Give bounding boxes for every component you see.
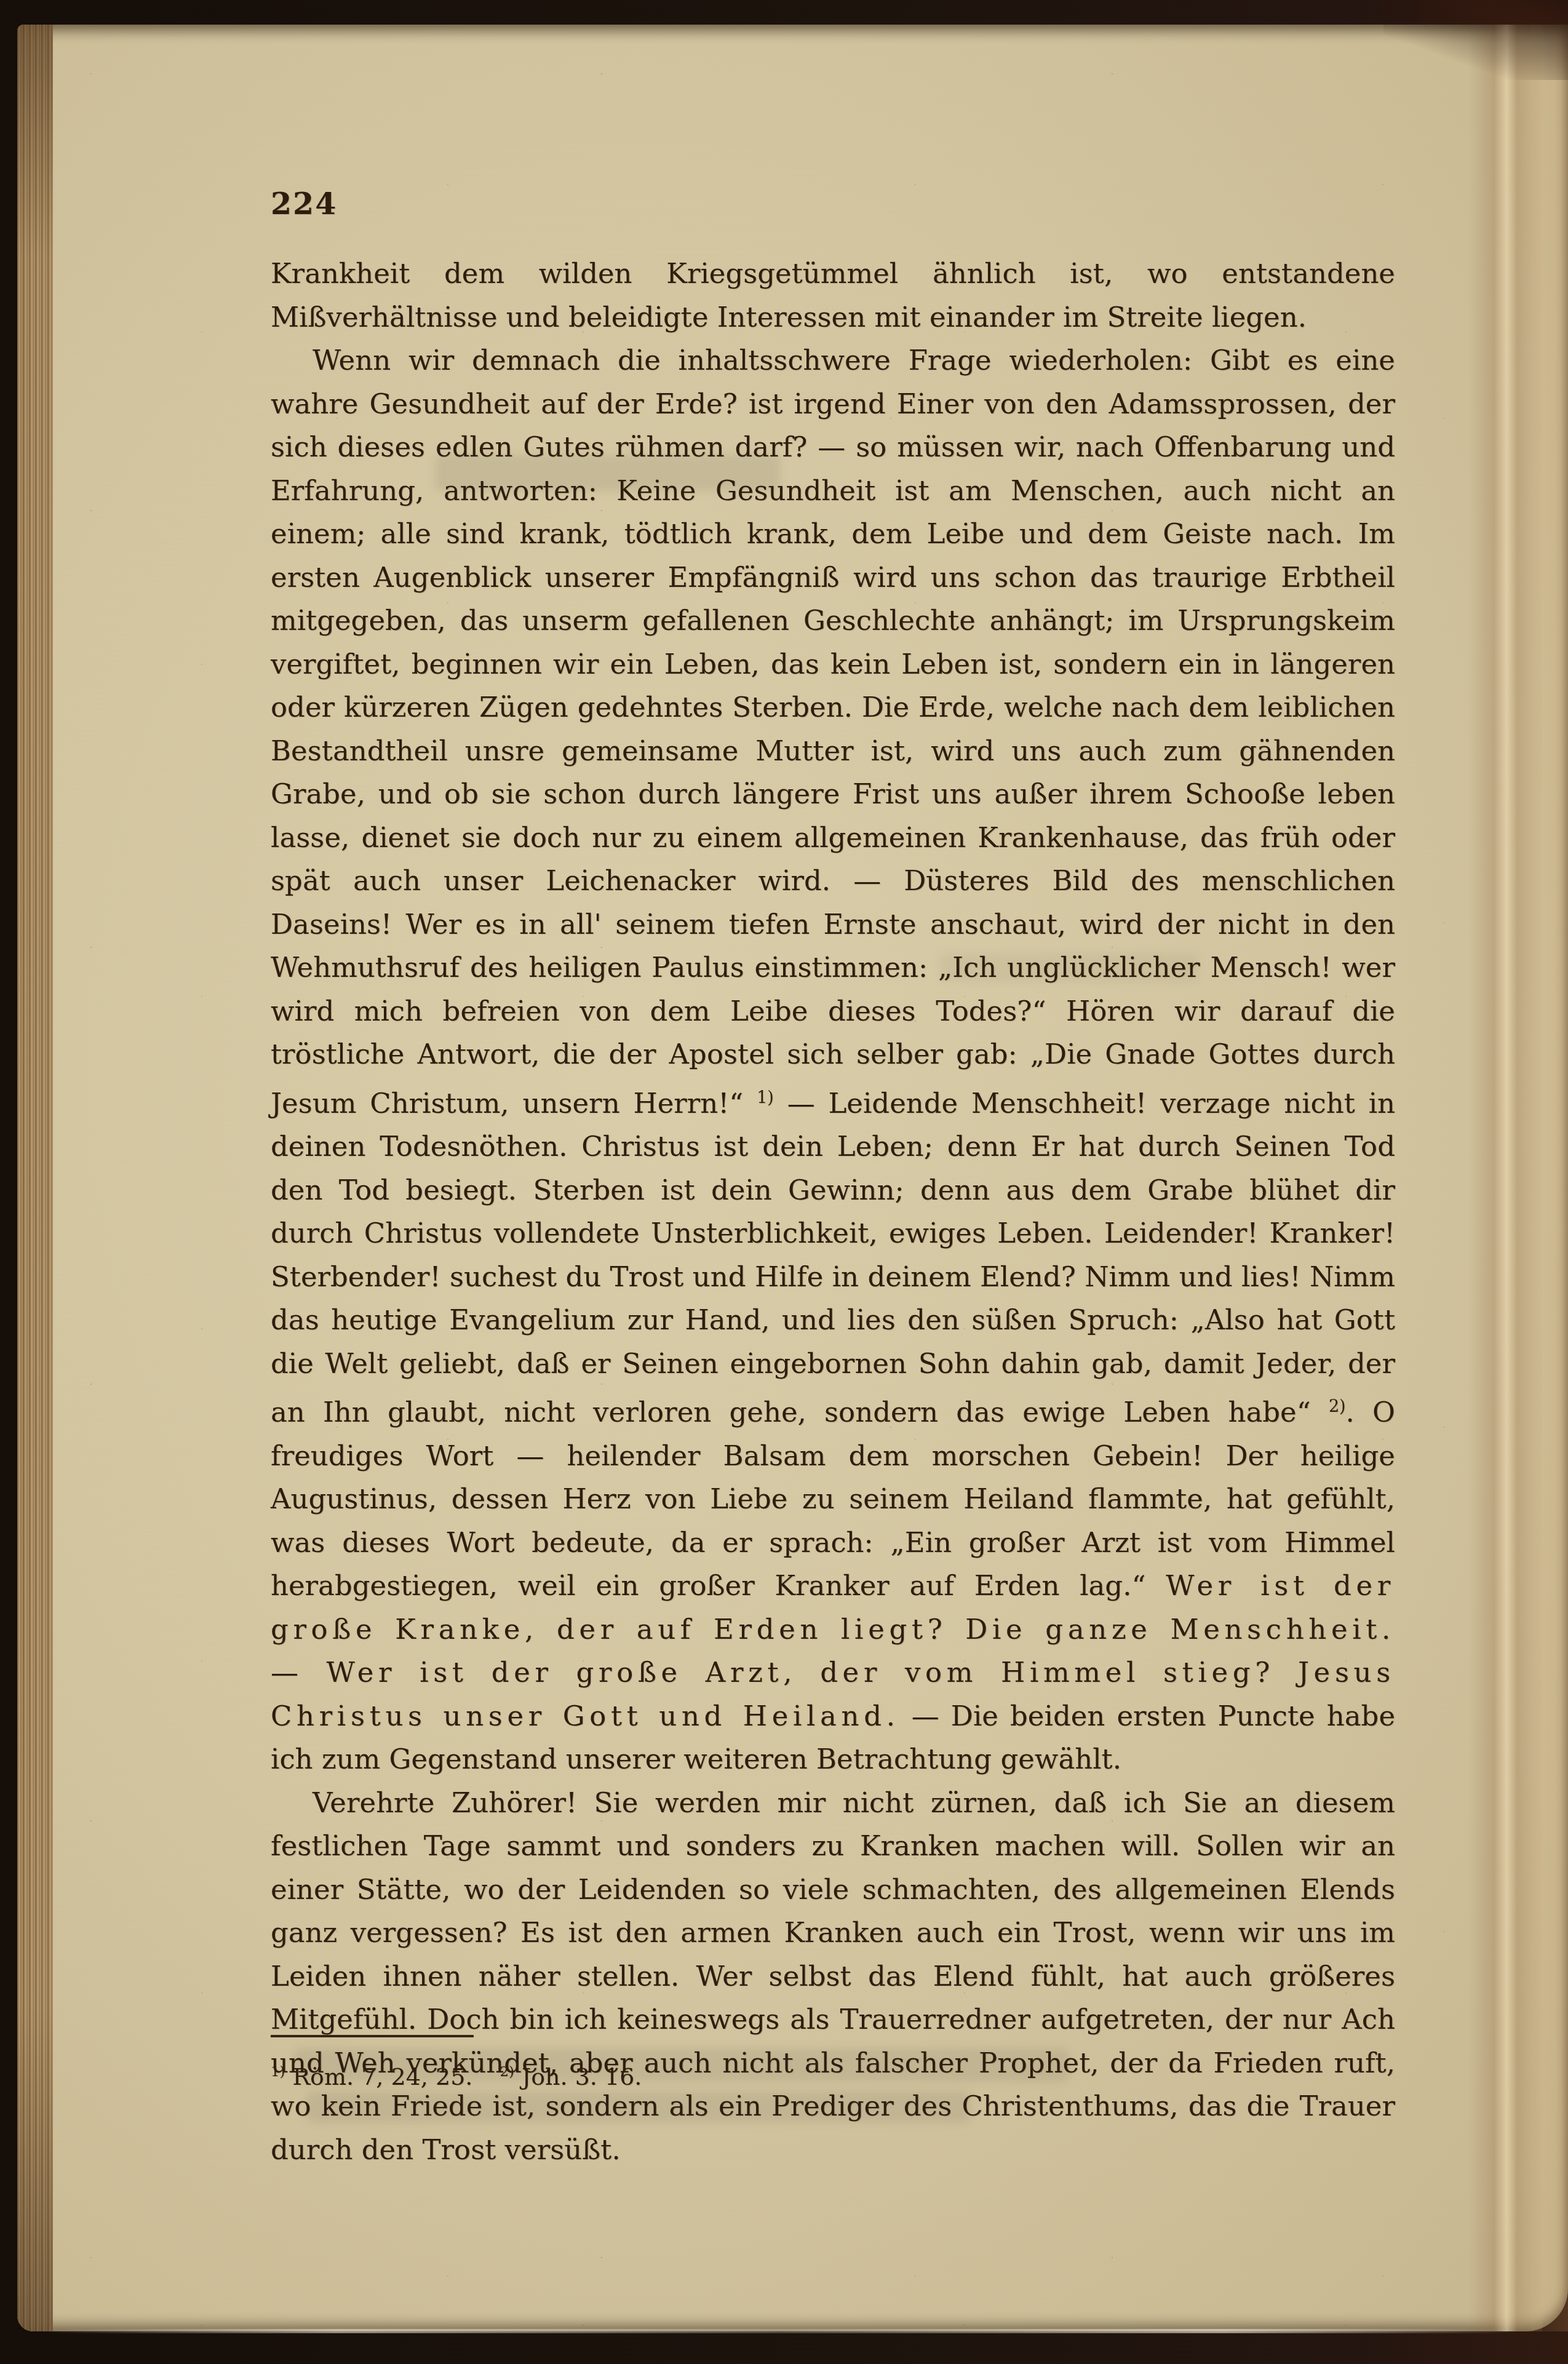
page-number: 224 <box>271 186 337 221</box>
footnote-marker: 2) <box>499 2064 514 2080</box>
footnote-text: Joh. 3. 16. <box>514 2063 642 2090</box>
footnote-area: 1) Röm. 7, 24, 25.2) Joh. 3. 16. <box>271 2035 1395 2090</box>
gutter-paper <box>1531 25 1568 2331</box>
footnote-line: 1) Röm. 7, 24, 25.2) Joh. 3. 16. <box>271 2063 1395 2090</box>
gutter-top-shadow <box>1383 0 1568 80</box>
footnote-reference: 1) <box>757 1088 774 1107</box>
body-text: — Leidende Menschheit! verzage nicht in … <box>271 1087 1395 1429</box>
footnote-rule <box>271 2035 474 2037</box>
paragraph: Krankheit dem wilden Kriegsgetümmel ähnl… <box>271 252 1395 339</box>
book-page: 224 Krankheit dem wilden Kriegsgetümmel … <box>17 25 1568 2331</box>
footnote-reference: 2) <box>1329 1397 1346 1416</box>
footnote-marker: 1) <box>271 2064 285 2080</box>
text-block: Krankheit dem wilden Kriegsgetümmel ähnl… <box>271 252 1395 2171</box>
scanned-book-page-photo: 224 Krankheit dem wilden Kriegsgetümmel … <box>0 0 1568 2364</box>
paragraph: Wenn wir demnach die inhaltsschwere Frag… <box>271 339 1395 1781</box>
body-text: Wenn wir demnach die inhaltsschwere Frag… <box>271 344 1395 1120</box>
body-text: Verehrte Zuhörer! Sie werden mir nicht z… <box>271 1786 1395 2166</box>
paragraph: Verehrte Zuhörer! Sie werden mir nicht z… <box>271 1781 1395 2172</box>
body-text: Krankheit dem wilden Kriegsgetümmel ähnl… <box>271 257 1395 333</box>
page-fore-edge <box>17 25 53 2331</box>
footnote-text: Röm. 7, 24, 25. <box>285 2063 472 2090</box>
